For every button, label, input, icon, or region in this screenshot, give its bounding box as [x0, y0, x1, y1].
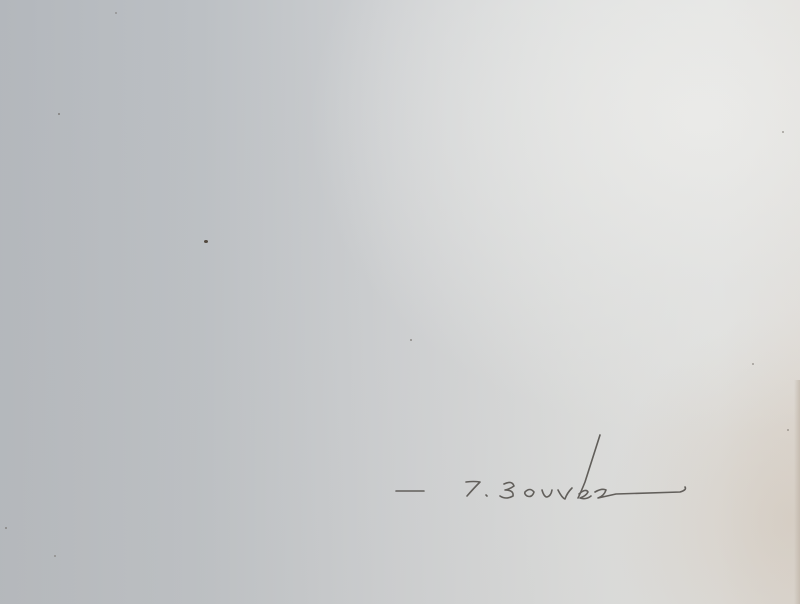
paper-speck: [410, 339, 412, 341]
paper-edge-stain: [794, 380, 800, 604]
paper-speck: [54, 555, 56, 557]
paper-speck: [58, 113, 60, 115]
paper-sheet: — J. Bouvet: [0, 0, 800, 604]
paper-speck: [782, 131, 784, 133]
paper-speck: [752, 363, 754, 365]
signature-strokes: [390, 430, 700, 520]
paper-speck: [115, 12, 117, 14]
signature: — J. Bouvet: [390, 430, 700, 520]
paper-speck: [787, 429, 789, 431]
paper-speck: [204, 240, 208, 243]
paper-speck: [5, 527, 7, 529]
